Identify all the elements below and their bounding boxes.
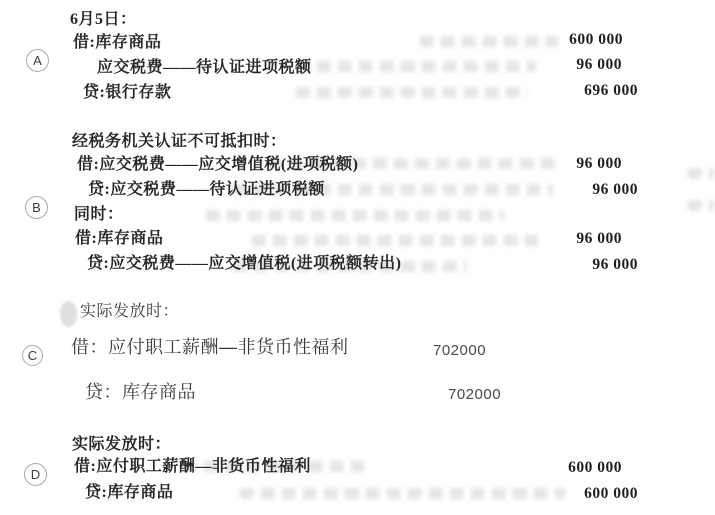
bleedthrough-text bbox=[240, 488, 565, 499]
entry-c-debit-1: 借：应付职工薪酬—非货币性福利 bbox=[71, 337, 349, 357]
option-d-marker[interactable]: D bbox=[24, 463, 47, 486]
entry-a-credit-1-amount: 696 000 bbox=[584, 82, 638, 99]
bleedthrough-text bbox=[252, 235, 538, 246]
entry-d-header: 实际发放时： bbox=[72, 436, 171, 454]
entry-a-debit-1-amount: 600 000 bbox=[569, 31, 623, 48]
entry-d-credit-1: 贷:库存商品 bbox=[85, 484, 173, 502]
bleedthrough-text bbox=[206, 210, 504, 221]
bleedthrough-text bbox=[688, 168, 714, 179]
entry-a-debit-2-amount: 96 000 bbox=[576, 56, 622, 73]
entry-c-credit-1-amount: 702000 bbox=[448, 386, 501, 403]
bleedthrough-text bbox=[296, 87, 528, 98]
erased-smudge-mark bbox=[60, 301, 77, 327]
entry-a-debit-2: 应交税费——待认证进项税额 bbox=[97, 59, 312, 77]
entry-d-debit-1-amount: 600 000 bbox=[568, 459, 622, 476]
bleedthrough-text bbox=[688, 200, 714, 211]
entry-b-debit-1: 借:应交税费——应交增值税(进项税额) bbox=[77, 156, 359, 174]
entry-c-credit-1: 贷：库存商品 bbox=[85, 382, 196, 402]
entry-c-debit-1-amount: 702000 bbox=[433, 342, 486, 359]
entry-b-header: 经税务机关认证不可抵扣时： bbox=[72, 133, 287, 151]
bleedthrough-text bbox=[296, 61, 536, 72]
entry-a-debit-1: 借:库存商品 bbox=[73, 34, 161, 52]
option-a-marker[interactable]: A bbox=[26, 49, 49, 72]
entry-b-debit-1-amount: 96 000 bbox=[576, 155, 622, 172]
entry-a-credit-1: 贷:银行存款 bbox=[83, 84, 171, 102]
accounting-question-page: A 6月5日： 借:库存商品 600 000 应交税费——待认证进项税额 96 … bbox=[0, 0, 715, 515]
option-b-marker[interactable]: B bbox=[25, 196, 48, 219]
bleedthrough-text bbox=[420, 36, 558, 47]
entry-b-debit-2: 借:库存商品 bbox=[75, 230, 163, 248]
entry-c-header: 实际发放时： bbox=[80, 302, 179, 322]
entry-a-date: 6月5日： bbox=[70, 11, 137, 29]
entry-b-credit-2-amount: 96 000 bbox=[592, 256, 638, 273]
option-c-marker[interactable]: C bbox=[22, 345, 43, 366]
entry-d-credit-1-amount: 600 000 bbox=[584, 485, 638, 502]
entry-d-debit-1: 借:应付职工薪酬—非货币性福利 bbox=[74, 458, 311, 476]
entry-b-debit-2-amount: 96 000 bbox=[576, 230, 622, 247]
entry-b-credit-1-amount: 96 000 bbox=[592, 181, 638, 198]
entry-b-meanwhile-label: 同时： bbox=[74, 206, 124, 224]
entry-b-credit-1: 贷:应交税费——待认证进项税额 bbox=[88, 181, 325, 199]
entry-b-credit-2: 贷:应交税费——应交增值税(进项税额转出) bbox=[87, 255, 402, 273]
